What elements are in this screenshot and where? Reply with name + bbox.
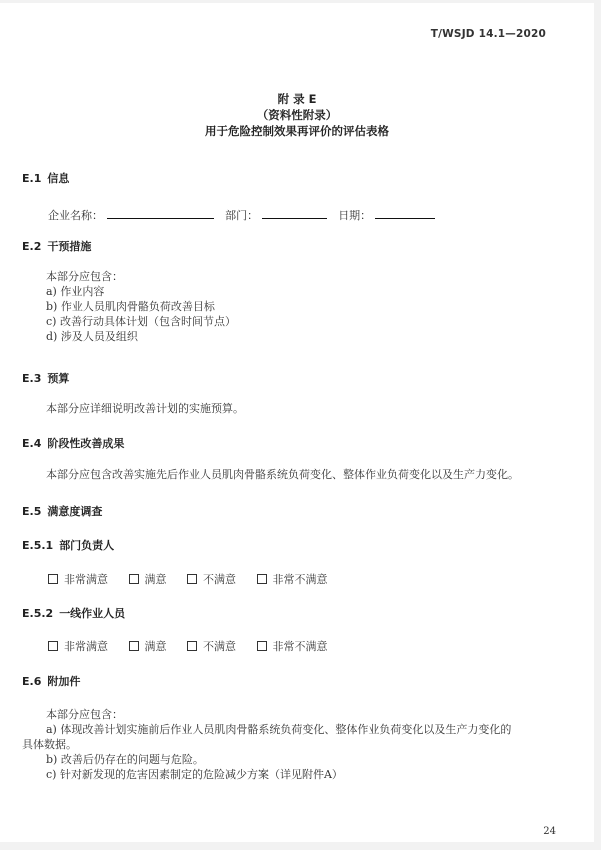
page-number: 24 bbox=[543, 826, 556, 837]
option-very-satisfied[interactable]: 非常满意 bbox=[48, 638, 108, 654]
option-label: 非常不满意 bbox=[273, 640, 328, 653]
section-e5-heading: E.5满意度调查 bbox=[22, 503, 102, 519]
checkbox-icon[interactable] bbox=[257, 574, 267, 584]
list-item: d) 涉及人员及组织 bbox=[46, 329, 236, 344]
section-e1-heading: E.1信息 bbox=[22, 170, 69, 186]
checkbox-icon[interactable] bbox=[187, 641, 197, 651]
option-very-dissatisfied[interactable]: 非常不满意 bbox=[257, 571, 328, 587]
appendix-label: 附 录 E bbox=[0, 91, 594, 107]
option-label: 满意 bbox=[145, 573, 167, 586]
section-number: E.2 bbox=[22, 240, 41, 253]
option-label: 非常满意 bbox=[64, 640, 108, 653]
section-number: E.5.2 bbox=[22, 607, 53, 620]
option-very-satisfied[interactable]: 非常满意 bbox=[48, 571, 108, 587]
checkbox-icon[interactable] bbox=[48, 574, 58, 584]
company-name-label: 企业名称： bbox=[48, 209, 103, 222]
section-title: 预算 bbox=[47, 372, 69, 385]
list-item: b) 作业人员肌肉骨骼负荷改善目标 bbox=[46, 299, 236, 314]
section-title: 满意度调查 bbox=[47, 505, 102, 518]
section-e3-text: 本部分应详细说明改善计划的实施预算。 bbox=[46, 401, 244, 416]
list-item-a: a) 体现改善计划实施前后作业人员肌肉骨骼系统负荷变化、整体作业负荷变化以及生产… bbox=[22, 722, 562, 737]
list-item: c) 改善行动具体计划（包含时间节点） bbox=[46, 314, 236, 329]
section-title: 干预措施 bbox=[47, 240, 91, 253]
section-e3-heading: E.3预算 bbox=[22, 370, 69, 386]
list-item-b: b) 改善后仍存在的问题与危险。 bbox=[22, 752, 562, 767]
option-satisfied[interactable]: 满意 bbox=[129, 638, 167, 654]
document-page: T/WSJD 14.1—2020 附 录 E （资料性附录） 用于危险控制效果再… bbox=[0, 3, 594, 842]
option-label: 非常不满意 bbox=[273, 573, 328, 586]
checkbox-icon[interactable] bbox=[48, 641, 58, 651]
option-very-dissatisfied[interactable]: 非常不满意 bbox=[257, 638, 328, 654]
list-item: a) 作业内容 bbox=[46, 284, 236, 299]
section-e2-list: 本部分应包含： a) 作业内容 b) 作业人员肌肉骨骼负荷改善目标 c) 改善行… bbox=[46, 269, 236, 344]
standard-code: T/WSJD 14.1—2020 bbox=[431, 28, 546, 40]
section-e51-heading: E.5.1部门负责人 bbox=[22, 537, 114, 553]
section-e6-heading: E.6附加件 bbox=[22, 673, 80, 689]
section-e52-heading: E.5.2一线作业人员 bbox=[22, 605, 125, 621]
appendix-nature: （资料性附录） bbox=[0, 107, 594, 123]
department-label: 部门： bbox=[225, 209, 258, 222]
option-label: 满意 bbox=[145, 640, 167, 653]
option-label: 不满意 bbox=[203, 573, 236, 586]
checkbox-icon[interactable] bbox=[187, 574, 197, 584]
list-item-c: c) 针对新发现的危害因素制定的危险减少方案（详见附件A） bbox=[22, 767, 562, 782]
section-title: 阶段性改善成果 bbox=[47, 437, 124, 450]
date-field[interactable] bbox=[375, 207, 435, 219]
section-e4-heading: E.4阶段性改善成果 bbox=[22, 435, 124, 451]
section-title: 部门负责人 bbox=[59, 539, 114, 552]
department-field[interactable] bbox=[262, 207, 327, 219]
option-label: 不满意 bbox=[203, 640, 236, 653]
dept-head-satisfaction-options: 非常满意 满意 不满意 非常不满意 bbox=[48, 571, 345, 587]
option-dissatisfied[interactable]: 不满意 bbox=[187, 571, 236, 587]
worker-satisfaction-options: 非常满意 满意 不满意 非常不满意 bbox=[48, 638, 345, 654]
checkbox-icon[interactable] bbox=[129, 641, 139, 651]
section-e4-text: 本部分应包含改善实施先后作业人员肌肉骨骼系统负荷变化、整体作业负荷变化以及生产力… bbox=[46, 467, 519, 482]
section-title: 信息 bbox=[47, 172, 69, 185]
section-title: 附加件 bbox=[47, 675, 80, 688]
option-label: 非常满意 bbox=[64, 573, 108, 586]
company-name-field[interactable] bbox=[107, 207, 214, 219]
list-intro: 本部分应包含： bbox=[46, 269, 236, 284]
section-number: E.6 bbox=[22, 675, 41, 688]
checkbox-icon[interactable] bbox=[129, 574, 139, 584]
section-title: 一线作业人员 bbox=[59, 607, 125, 620]
section-number: E.4 bbox=[22, 437, 41, 450]
date-label: 日期： bbox=[338, 209, 371, 222]
section-number: E.5 bbox=[22, 505, 41, 518]
section-e2-heading: E.2干预措施 bbox=[22, 238, 91, 254]
section-e6-list: 本部分应包含： a) 体现改善计划实施前后作业人员肌肉骨骼系统负荷变化、整体作业… bbox=[22, 707, 562, 782]
option-dissatisfied[interactable]: 不满意 bbox=[187, 638, 236, 654]
option-satisfied[interactable]: 满意 bbox=[129, 571, 167, 587]
section-number: E.1 bbox=[22, 172, 41, 185]
info-fields-row: 企业名称： 部门： 日期： bbox=[48, 204, 441, 223]
appendix-title: 用于危险控制效果再评价的评估表格 bbox=[0, 123, 594, 139]
checkbox-icon[interactable] bbox=[257, 641, 267, 651]
list-intro: 本部分应包含： bbox=[22, 707, 562, 722]
list-item-a-continued: 具体数据。 bbox=[22, 737, 562, 752]
section-number: E.5.1 bbox=[22, 539, 53, 552]
section-number: E.3 bbox=[22, 372, 41, 385]
